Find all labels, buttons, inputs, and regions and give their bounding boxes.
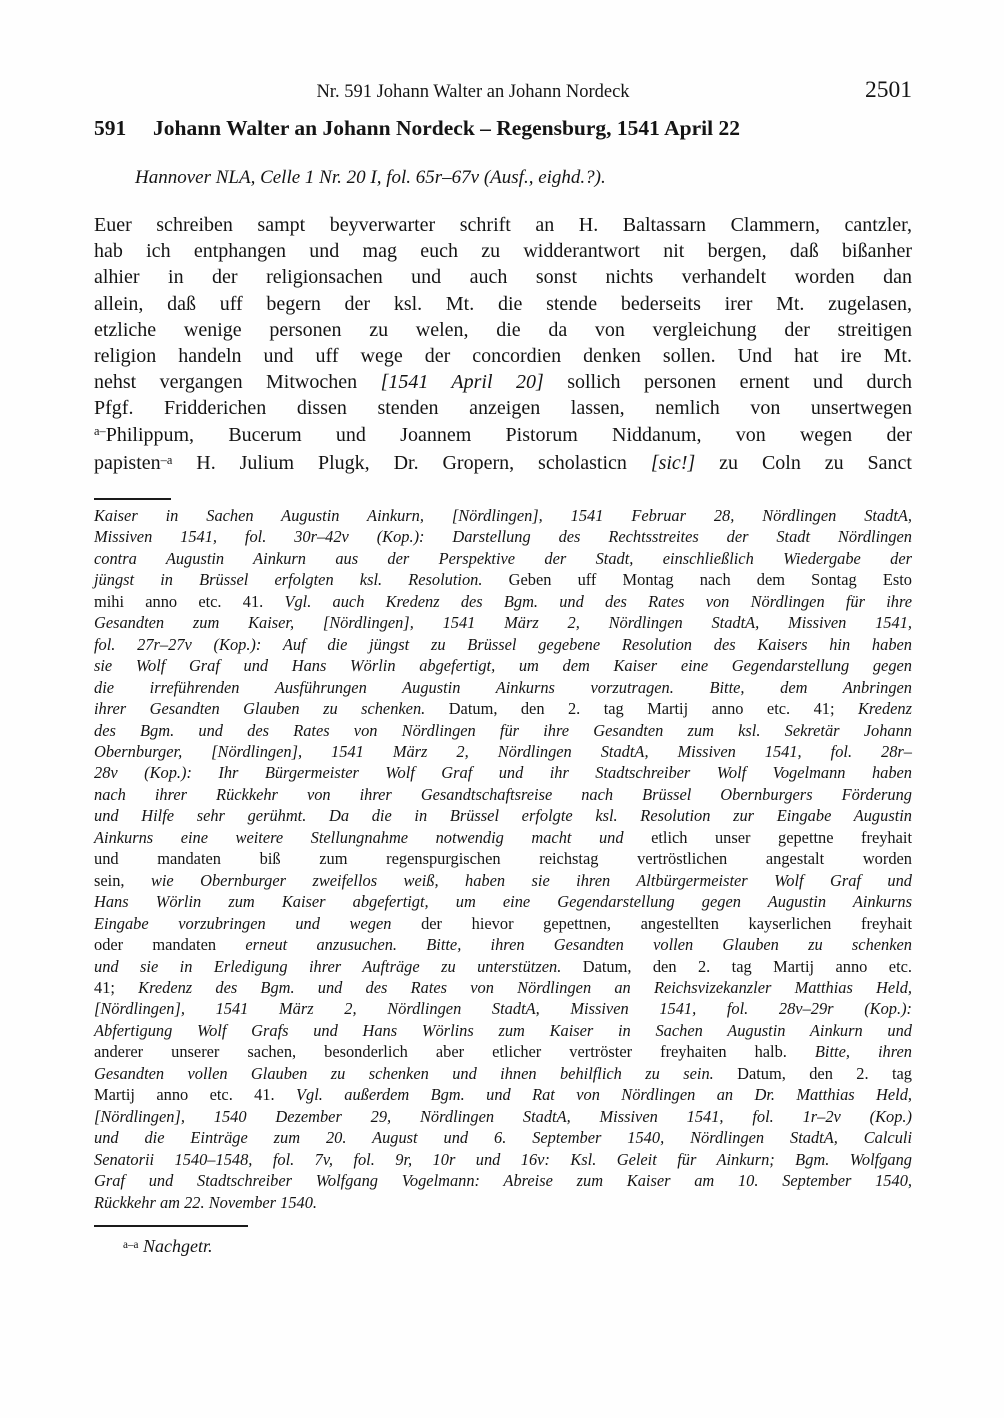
apparatus-note: a–a Nachgetr. [94,1234,823,1261]
running-title: Nr. 591 Johann Walter an Johann Nordeck [94,80,912,104]
document-title-text: Johann Walter an Johann Nordeck – Regens… [153,115,740,142]
book-page: Nr. 591 Johann Walter an Johann Nordeck … [0,0,1004,1418]
footnote-separator-rule [94,498,171,500]
apparatus-marker: a–a [123,1239,138,1251]
footnote-text: Kaiser in Sachen Augustin Ainkurn, [Nörd… [94,505,912,1213]
running-head: Nr. 591 Johann Walter an Johann Nordeck … [94,80,912,106]
apparatus-separator-rule [94,1225,248,1227]
letter-body: Euer schreiben sampt beyverwarter schrif… [94,212,912,478]
source-reference: Hannover NLA, Celle 1 Nr. 20 I, fol. 65r… [135,166,835,190]
document-number: 591 [94,115,153,142]
document-title: 591 Johann Walter an Johann Nordeck – Re… [94,115,912,142]
page-number: 2501 [865,76,912,104]
apparatus-text: Nachgetr. [143,1236,213,1256]
